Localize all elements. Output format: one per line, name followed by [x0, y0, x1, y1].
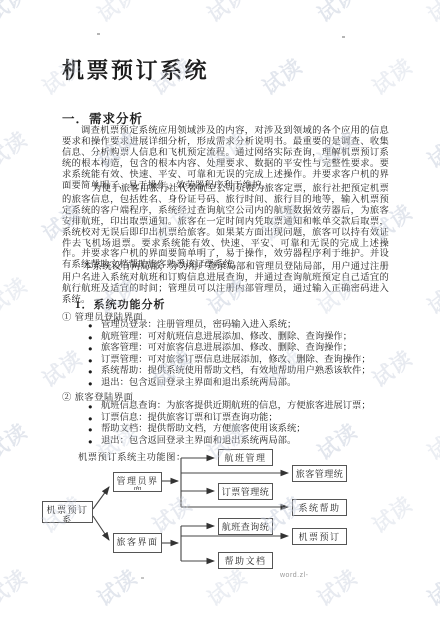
- function-diagram: 机票预订系统 管理员界面 旅客界面 航班管理 旅客管理统 订票管理统 系统帮助 …: [0, 0, 440, 620]
- diagram-box-system-help: 系统帮助: [292, 499, 347, 516]
- footer-text: word.zl-: [280, 572, 309, 579]
- document-page: 机票预订系统 一．需求分析 调查机票预定系统应用领域涉及的内容，对涉及到领域的各…: [0, 0, 440, 620]
- diagram-box-flight-management: 航班管理: [218, 449, 273, 466]
- document-content: 机票预订系统 一．需求分析 调查机票预定系统应用领域涉及的内容，对涉及到领域的各…: [0, 0, 440, 620]
- diagram-box-ticket-management: 订票管理统: [218, 483, 273, 500]
- diagram-box-help-document: 帮助文档: [218, 552, 273, 569]
- diagram-box-passenger-interface: 旅客界面: [113, 533, 162, 553]
- diagram-box-admin-interface: 管理员界面: [113, 472, 162, 492]
- diagram-box-passenger-management: 旅客管理统: [292, 465, 347, 482]
- diagram-box-main-system: 机票预订系统: [42, 501, 93, 523]
- diagram-box-flight-query: 航班查询统: [218, 518, 273, 535]
- page-artifact-dot: [141, 577, 144, 579]
- diagram-box-ticket-booking: 机票预订: [292, 528, 347, 545]
